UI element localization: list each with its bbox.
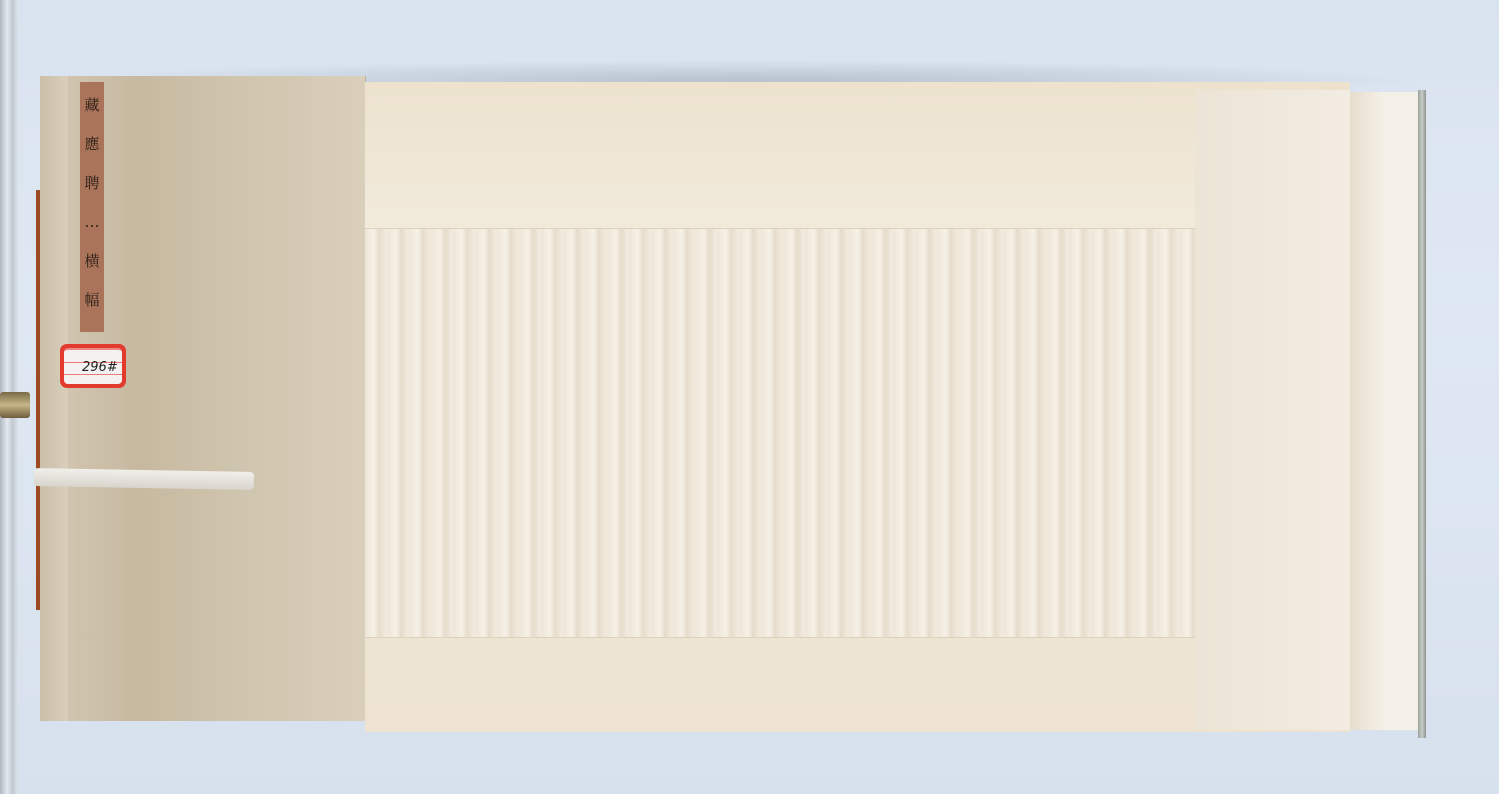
title-strip: 藏 應 聘 … 横 幅 — [80, 82, 104, 332]
title-char: 聘 — [84, 164, 99, 203]
paper-fold — [1350, 92, 1382, 730]
metal-clip — [0, 392, 30, 418]
scroll-rod — [1418, 90, 1426, 738]
title-char: 藏 — [84, 86, 99, 125]
silk-ribbon — [34, 468, 254, 490]
right-paper-panel — [1195, 90, 1350, 730]
title-char: … — [85, 203, 100, 242]
title-char: 應 — [84, 125, 99, 164]
paper-fold-end — [1382, 92, 1418, 730]
inventory-number: 296# — [82, 360, 118, 375]
silk-edge — [40, 76, 68, 721]
inventory-label: 296# — [60, 344, 126, 388]
title-char: 幅 — [84, 281, 99, 320]
title-char: 横 — [84, 242, 99, 281]
painting-area-creased — [365, 228, 1195, 638]
